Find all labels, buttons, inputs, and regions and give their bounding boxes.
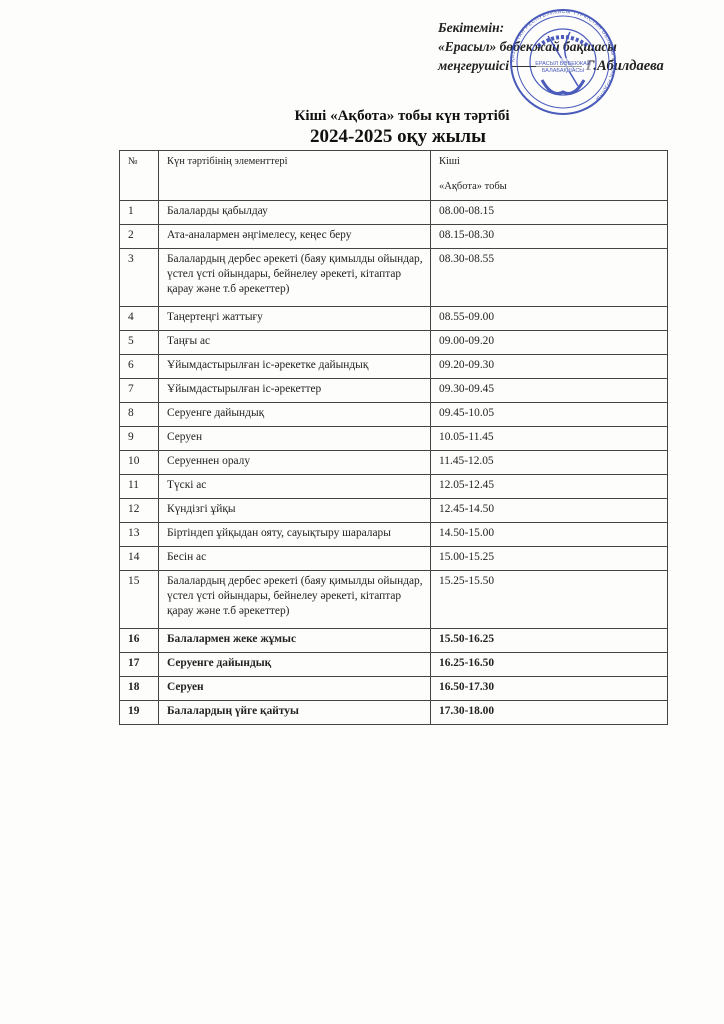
table-header-row: № Күн тәртібінің элементтері Кіші «Ақбот… <box>120 151 668 201</box>
row-number: 16 <box>120 629 159 653</box>
row-activity: Ұйымдастырылған іс-әрекетке дайындық <box>159 355 431 379</box>
table-row: 16Балалармен жеке жұмыс15.50-16.25 <box>120 629 668 653</box>
row-number: 13 <box>120 523 159 547</box>
row-number: 11 <box>120 475 159 499</box>
row-time: 08.00-08.15 <box>431 201 668 225</box>
row-activity: Балалардың дербес әрекеті (баяу қимылды … <box>159 571 431 629</box>
row-time: 15.25-15.50 <box>431 571 668 629</box>
approval-position: меңгерушісі <box>438 58 509 73</box>
row-activity: Ұйымдастырылған іс-әрекеттер <box>159 379 431 403</box>
row-number: 1 <box>120 201 159 225</box>
row-time: 12.05-12.45 <box>431 475 668 499</box>
table-row: 4Таңертеңгі жаттығу08.55-09.00 <box>120 307 668 331</box>
row-time: 10.05-11.45 <box>431 427 668 451</box>
row-activity: Ата-аналармен әңгімелесу, кеңес беру <box>159 225 431 249</box>
row-activity: Бесін ас <box>159 547 431 571</box>
row-number: 2 <box>120 225 159 249</box>
row-number: 6 <box>120 355 159 379</box>
header-group: Кіші «Ақбота» тобы <box>431 151 668 201</box>
row-activity: Серуенге дайындық <box>159 403 431 427</box>
row-number: 12 <box>120 499 159 523</box>
row-activity: Біртіндеп ұйқыдан ояту, сауықтыру шарала… <box>159 523 431 547</box>
table-row: 10Серуеннен оралу11.45-12.05 <box>120 451 668 475</box>
table-row: 17Серуенге дайындық16.25-16.50 <box>120 653 668 677</box>
row-number: 10 <box>120 451 159 475</box>
signature-line <box>512 66 582 67</box>
row-activity: Таңғы ас <box>159 331 431 355</box>
row-time: 09.30-09.45 <box>431 379 668 403</box>
row-number: 18 <box>120 677 159 701</box>
table-row: 15Балалардың дербес әрекеті (баяу қимылд… <box>120 571 668 629</box>
row-number: 14 <box>120 547 159 571</box>
approval-heading: Бекітемін: <box>438 18 718 37</box>
row-time: 15.00-15.25 <box>431 547 668 571</box>
row-time: 16.50-17.30 <box>431 677 668 701</box>
table-row: 5Таңғы ас09.00-09.20 <box>120 331 668 355</box>
row-number: 9 <box>120 427 159 451</box>
table-row: 6Ұйымдастырылған іс-әрекетке дайындық09.… <box>120 355 668 379</box>
table-row: 11Түскі ас12.05-12.45 <box>120 475 668 499</box>
row-time: 08.15-08.30 <box>431 225 668 249</box>
table-row: 19Балалардың үйге қайтуы17.30-18.00 <box>120 701 668 725</box>
row-activity: Балалармен жеке жұмыс <box>159 629 431 653</box>
row-activity: Түскі ас <box>159 475 431 499</box>
row-number: 4 <box>120 307 159 331</box>
table-row: 12Күндізгі ұйқы12.45-14.50 <box>120 499 668 523</box>
row-activity: Серуенге дайындық <box>159 653 431 677</box>
row-activity: Серуеннен оралу <box>159 451 431 475</box>
row-time: 15.50-16.25 <box>431 629 668 653</box>
row-activity: Күндізгі ұйқы <box>159 499 431 523</box>
approval-signatory: Г.Абилдаева <box>586 58 664 74</box>
header-group-line1: Кіші <box>439 154 662 169</box>
row-number: 5 <box>120 331 159 355</box>
table-row: 13Біртіндеп ұйқыдан ояту, сауықтыру шара… <box>120 523 668 547</box>
row-activity: Таңертеңгі жаттығу <box>159 307 431 331</box>
table-row: 1Балаларды қабылдау 08.00-08.15 <box>120 201 668 225</box>
row-time: 11.45-12.05 <box>431 451 668 475</box>
row-number: 15 <box>120 571 159 629</box>
row-number: 7 <box>120 379 159 403</box>
row-time: 09.20-09.30 <box>431 355 668 379</box>
schedule-title: Кіші «Ақбота» тобы күн тәртібі <box>0 108 724 125</box>
row-time: 16.25-16.50 <box>431 653 668 677</box>
table-row: 3Балалардың дербес әрекеті (баяу қимылды… <box>120 249 668 307</box>
row-number: 8 <box>120 403 159 427</box>
row-time: 17.30-18.00 <box>431 701 668 725</box>
academic-year-title: 2024-2025 оқу жылы <box>0 126 724 148</box>
table-row: 9Серуен10.05-11.45 <box>120 427 668 451</box>
table-row: 7Ұйымдастырылған іс-әрекеттер09.30-09.45 <box>120 379 668 403</box>
header-group-line2: «Ақбота» тобы <box>439 181 507 192</box>
row-time: 09.45-10.05 <box>431 403 668 427</box>
row-time: 12.45-14.50 <box>431 499 668 523</box>
row-number: 17 <box>120 653 159 677</box>
table-row: 18Серуен16.50-17.30 <box>120 677 668 701</box>
row-activity: Балалардың дербес әрекеті (баяу қимылды … <box>159 249 431 307</box>
daily-schedule-table: № Күн тәртібінің элементтері Кіші «Ақбот… <box>119 150 668 725</box>
approval-organization: «Ерасыл» бөбекжай бақшасы <box>438 37 718 56</box>
row-time: 08.55-09.00 <box>431 307 668 331</box>
row-activity: Балаларды қабылдау <box>159 201 431 225</box>
approval-block: Бекітемін: «Ерасыл» бөбекжай бақшасы мең… <box>438 18 718 76</box>
row-time: 14.50-15.00 <box>431 523 668 547</box>
row-number: 3 <box>120 249 159 307</box>
row-activity: Серуен <box>159 427 431 451</box>
table-row: 8Серуенге дайындық09.45-10.05 <box>120 403 668 427</box>
header-number: № <box>120 151 159 201</box>
row-number: 19 <box>120 701 159 725</box>
row-time: 08.30-08.55 <box>431 249 668 307</box>
table-row: 2Ата-аналармен әңгімелесу, кеңес беру08.… <box>120 225 668 249</box>
row-time: 09.00-09.20 <box>431 331 668 355</box>
row-activity: Серуен <box>159 677 431 701</box>
table-row: 14Бесін ас15.00-15.25 <box>120 547 668 571</box>
row-activity: Балалардың үйге қайтуы <box>159 701 431 725</box>
header-elements: Күн тәртібінің элементтері <box>159 151 431 201</box>
